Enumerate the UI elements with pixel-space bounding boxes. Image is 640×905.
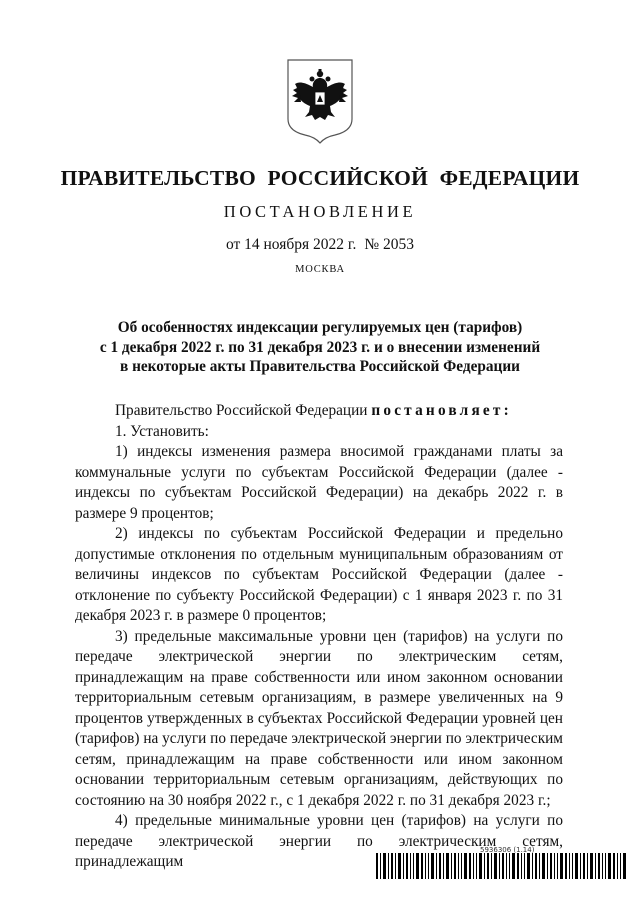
subject-line: в некоторые акты Правительства Российско… (0, 357, 640, 377)
barcode-icon (376, 853, 626, 879)
preamble-verb: постановляет: (371, 402, 512, 419)
subject-line: Об особенностях индексации регулируемых … (0, 318, 640, 338)
preamble: Правительство Российской Федерации поста… (75, 401, 563, 422)
subject-line: с 1 декабря 2022 г. по 31 декабря 2023 г… (0, 338, 640, 358)
document-type: ПОСТАНОВЛЕНИЕ (0, 202, 640, 222)
item-2: 2) индексы по субъектам Российской Федер… (75, 524, 563, 627)
clause-1: 1. Установить: (75, 422, 563, 443)
item-1: 1) индексы изменения размера вносимой гр… (75, 442, 563, 524)
preamble-text: Правительство Российской Федерации (115, 402, 371, 419)
document-date-line: от 14 ноября 2022 г.№ 2053 (0, 236, 640, 254)
government-title: ПРАВИТЕЛЬСТВО РОССИЙСКОЙ ФЕДЕРАЦИИ (0, 166, 640, 191)
document-city: МОСКВА (0, 264, 640, 275)
item-3: 3) предельные максимальные уровни цен (т… (75, 627, 563, 812)
document-date: от 14 ноября 2022 г. (226, 236, 356, 253)
russian-coat-of-arms-icon (285, 57, 355, 145)
document-number: № 2053 (364, 236, 414, 253)
document-subject: Об особенностях индексации регулируемых … (0, 318, 640, 377)
document-body: Правительство Российской Федерации поста… (75, 401, 563, 873)
